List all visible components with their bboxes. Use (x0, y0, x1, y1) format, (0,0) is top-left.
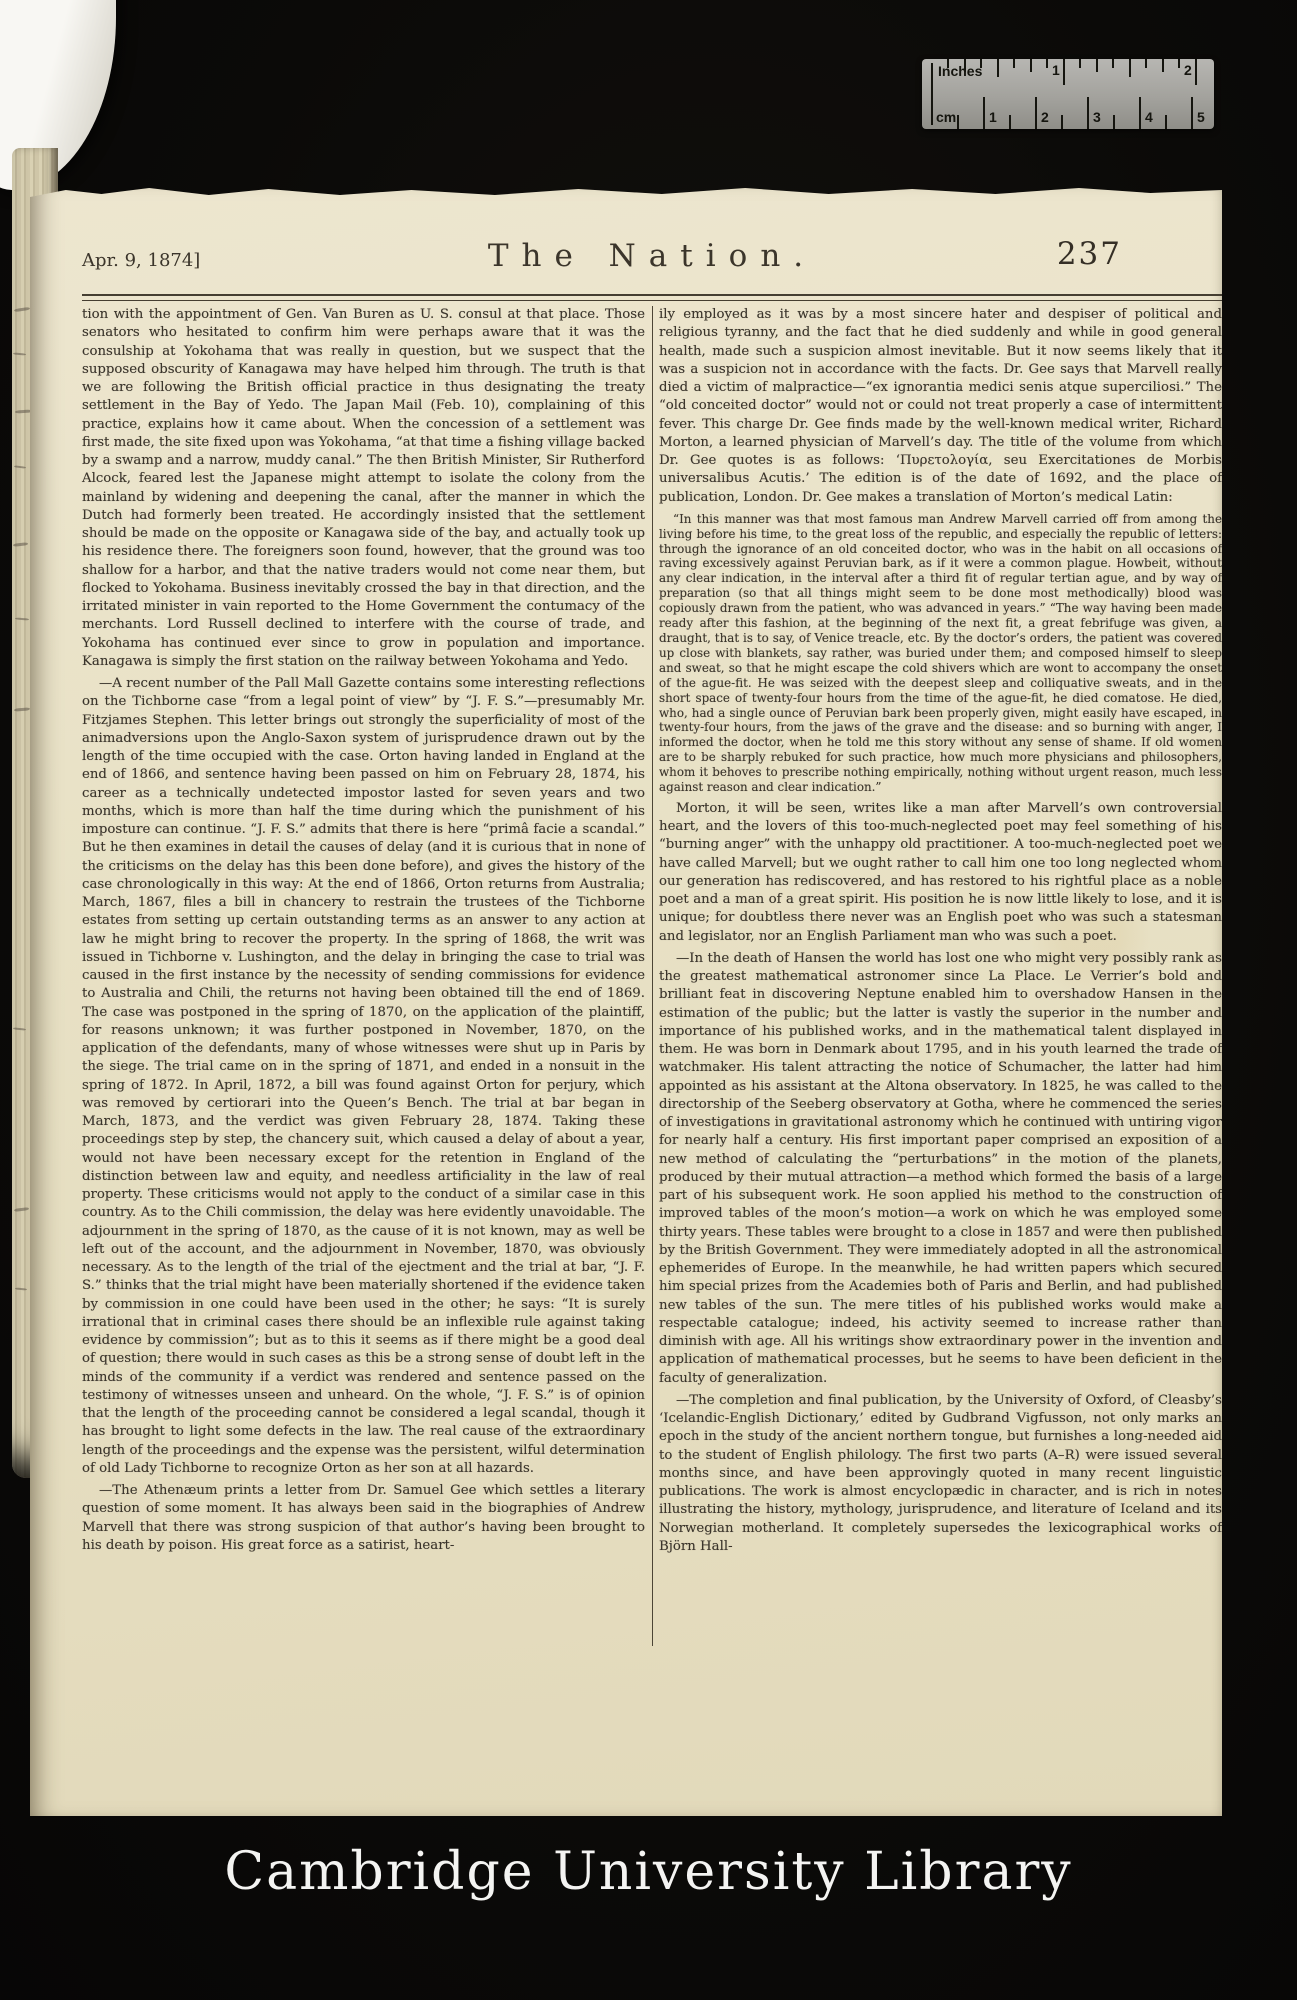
marginalia-scribbles (13, 352, 26, 355)
quoted-extract: “In this manner was that most famous man… (659, 512, 1222, 795)
article-paragraph: —In the death of Hansen the world has lo… (659, 950, 1222, 1388)
marginalia-scribbles (13, 1027, 26, 1030)
left-column: tion with the appointment of Gen. Van Bu… (82, 306, 645, 1646)
marginalia-scribbles (15, 618, 29, 621)
article-paragraph: ily employed as it was by a most sincere… (659, 306, 1222, 507)
marginalia-scribbles (15, 409, 32, 413)
masthead: Apr. 9, 1874] The Nation. 237 (82, 186, 1222, 296)
newspaper-page: Apr. 9, 1874] The Nation. 237 tion with … (30, 186, 1222, 1816)
ruler-inch-number: 1 (1052, 62, 1060, 78)
ruler-cm-number: 2 (1041, 109, 1049, 125)
scan-background: Inches 1 2 cm 1 2 3 4 5 29 Apr. 9, 1874]… (0, 0, 1297, 2000)
article-paragraph: —The Athenæum prints a letter from Dr. S… (82, 1482, 645, 1555)
library-watermark: Cambridge University Library (0, 1842, 1297, 1902)
column-divider-rule (652, 306, 653, 1646)
measurement-ruler: Inches 1 2 cm 1 2 3 4 5 (922, 59, 1214, 129)
ruler-cm-number: 5 (1197, 109, 1205, 125)
header-rule (82, 294, 1222, 301)
marginalia-scribbles (14, 307, 30, 312)
marginalia-scribbles (13, 542, 28, 547)
marginalia-scribbles (15, 1287, 27, 1290)
marginalia-scribbles (14, 1207, 29, 1212)
article-paragraph: tion with the appointment of Gen. Van Bu… (82, 306, 645, 671)
publication-title: The Nation. (82, 238, 1222, 274)
article-paragraph: Morton, it will be seen, writes like a m… (659, 800, 1222, 946)
marginalia-scribbles (14, 465, 26, 468)
marginalia-scribbles (14, 707, 30, 711)
ruler-inch-number: 2 (1184, 62, 1192, 78)
ruler-cm-number: 4 (1145, 109, 1153, 125)
ruler-inches-label: Inches (938, 63, 982, 79)
article-paragraph: —The completion and final publication, b… (659, 1392, 1222, 1556)
ruler-cm-number: 1 (989, 109, 997, 125)
page-number: 237 (1057, 236, 1122, 272)
article-paragraph: —A recent number of the Pall Mall Gazett… (82, 675, 645, 1478)
ruler-cm-number: 3 (1093, 109, 1101, 125)
text-columns: tion with the appointment of Gen. Van Bu… (82, 306, 1222, 1646)
page-content: Apr. 9, 1874] The Nation. 237 tion with … (82, 186, 1222, 1816)
ruler-cm-label: cm (936, 109, 956, 125)
right-column: ily employed as it was by a most sincere… (659, 306, 1222, 1646)
